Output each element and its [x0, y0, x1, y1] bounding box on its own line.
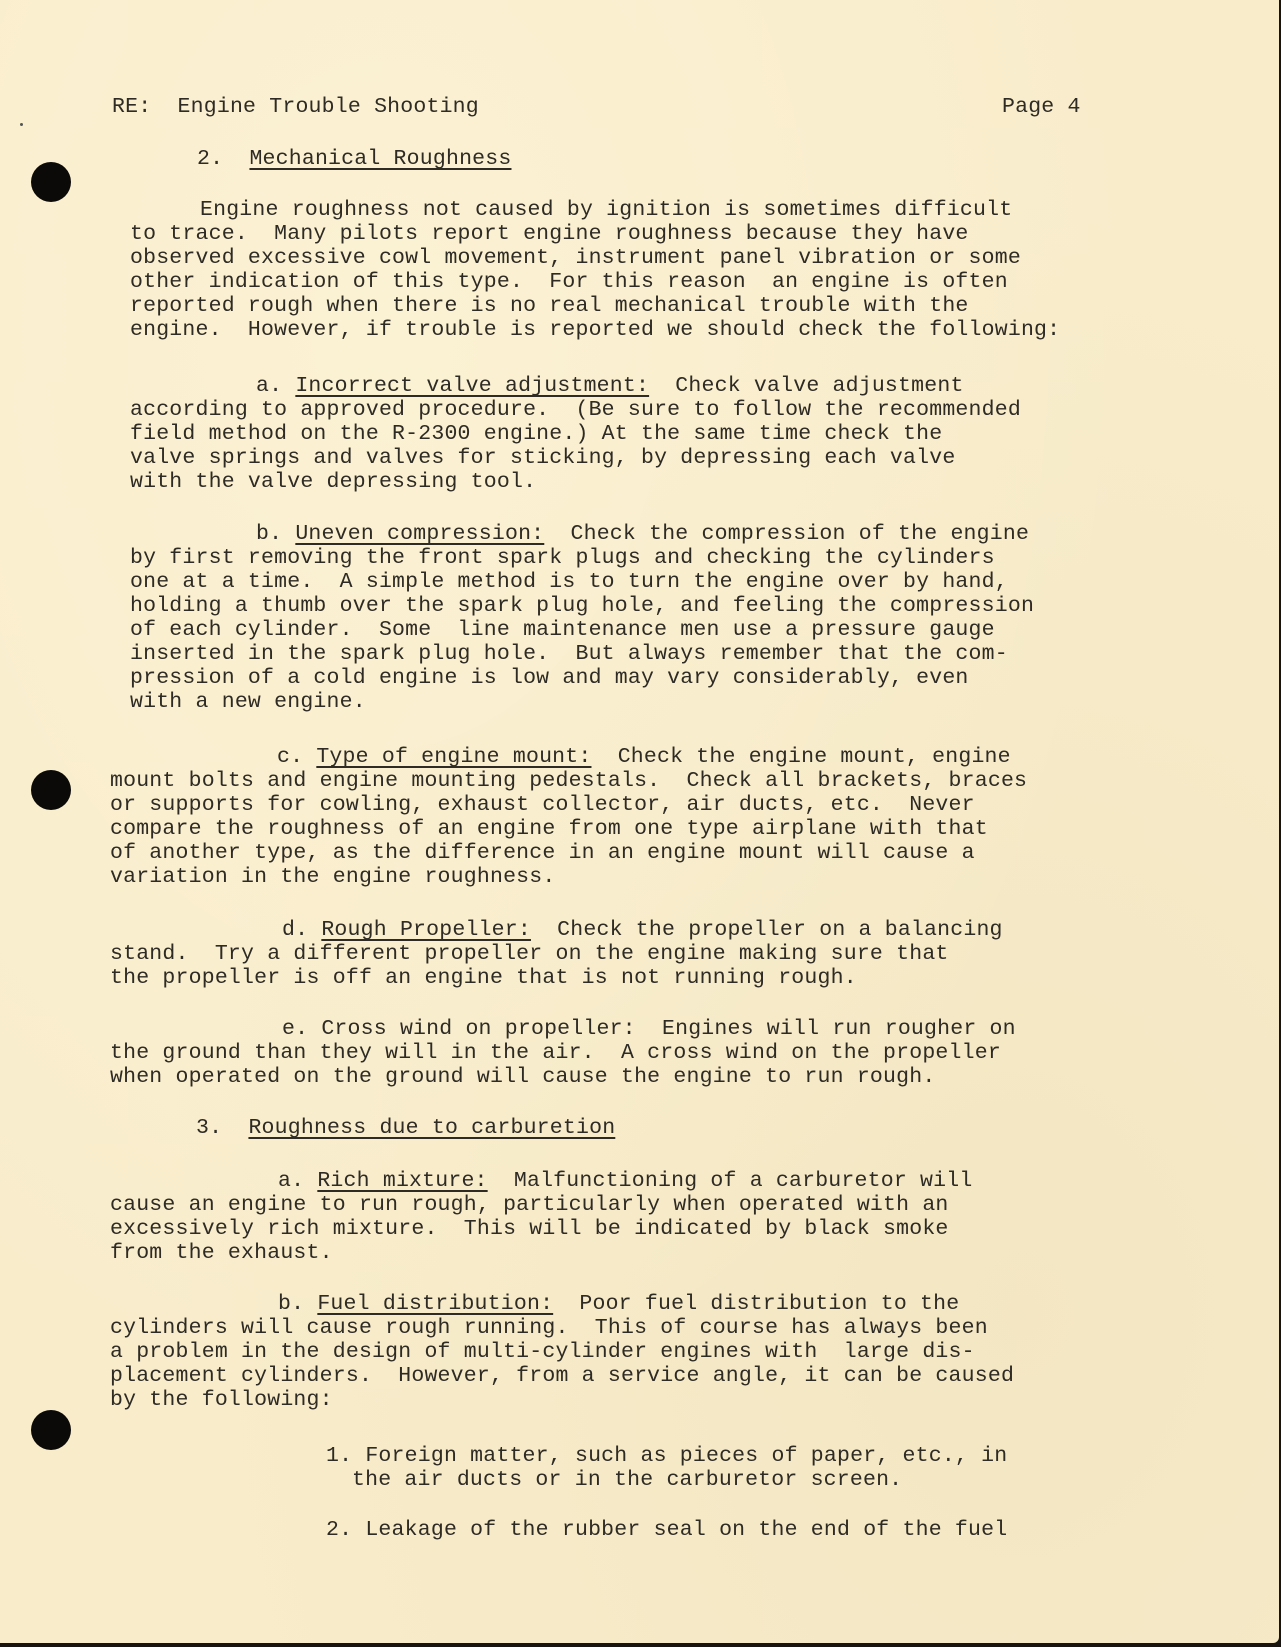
section-3-heading: 3. Roughness due to carburetion — [196, 1116, 615, 1140]
punch-hole-bottom — [31, 1410, 71, 1450]
header-subject: RE: Engine Trouble Shooting — [112, 95, 479, 119]
document-page: RE: Engine Trouble Shooting Page 4 2. Me… — [0, 0, 1279, 1643]
section-2-title: Mechanical Roughness — [249, 147, 511, 171]
punch-hole-middle — [31, 770, 71, 810]
punch-hole-top — [31, 162, 71, 202]
page-number: Page 4 — [1002, 95, 1081, 119]
speck — [20, 123, 23, 126]
section-3-title: Roughness due to carburetion — [248, 1116, 615, 1140]
section-2-heading: 2. Mechanical Roughness — [197, 147, 511, 171]
